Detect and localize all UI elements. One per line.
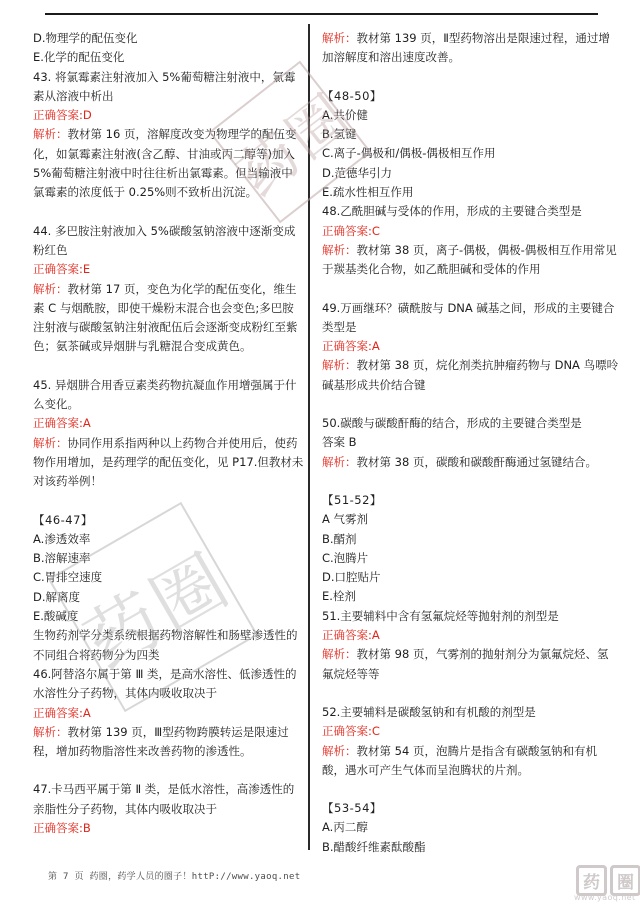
option-item: D.范德华引力	[322, 164, 619, 183]
page-footer: 第 7 页 药圈，药学人员的圈子！httP://www.yaoq.net	[48, 869, 300, 882]
site-logo-url: www.yaoq.net	[574, 893, 636, 902]
analysis-label: 解析：	[33, 436, 68, 450]
column-divider-line	[308, 24, 310, 850]
answer-line: 正确答案:A	[322, 337, 619, 356]
option-item: D.物理学的配伍变化	[33, 29, 304, 48]
answer-line: 正确答案:B	[33, 819, 304, 838]
analysis-label: 解析：	[33, 127, 68, 141]
analysis-text: 解析：教材第 139 页，Ⅱ型药物溶出是限速过程，通过增加溶解度和溶出速度改善。	[322, 29, 619, 68]
question-text: 48.乙酰胆碱与受体的作用，形成的主要键合类型是	[322, 202, 619, 221]
question-text: 44. 多巴胺注射液加入 5%碳酸氢钠溶液中逐渐变成粉红色	[33, 222, 304, 261]
option-item: A 气雾剂	[322, 510, 619, 529]
document-page: D.物理学的配伍变化E.化学的配伍变化43. 将氯霉素注射液加入 5%葡萄糖注射…	[0, 0, 640, 905]
question-text: 52.主要辅料是碳酸氢钠和有机酸的剂型是	[322, 703, 619, 722]
analysis-text: 解析：教材第 38 页，离子-偶极，偶极-偶极相互作用常见于羰基类化合物，如乙酰…	[322, 241, 619, 280]
option-item: B.溶解速率	[33, 549, 304, 568]
question-text: 43. 将氯霉素注射液加入 5%葡萄糖注射液中，氯霉素从溶液中析出	[33, 68, 304, 107]
body-text: 生物药剂学分类系统根据药物溶解性和肠壁渗透性的不同组合将药物分为四类	[33, 626, 304, 665]
option-item: A.丙二醇	[322, 818, 619, 837]
option-item: C.离子-偶极和/偶极-偶极相互作用	[322, 144, 619, 163]
option-item: C.胃排空速度	[33, 568, 304, 587]
question-text: 46.阿替洛尔属于第 Ⅲ 类，是高水溶性、低渗透性的水溶性分子药物，其体内吸收取…	[33, 665, 304, 704]
question-group-header: 【46-47】	[33, 511, 304, 530]
question-text: 47.卡马西平属于第 Ⅱ 类，是低水溶性，高渗透性的亲脂性分子药物，其体内吸收取…	[33, 780, 304, 819]
analysis-label: 解析：	[322, 647, 357, 661]
option-item: E.化学的配伍变化	[33, 48, 304, 67]
analysis-label: 解析：	[322, 31, 357, 45]
left-column: D.物理学的配伍变化E.化学的配伍变化43. 将氯霉素注射液加入 5%葡萄糖注射…	[33, 29, 304, 838]
analysis-text: 解析：教材第 16 页，溶解度改变为物理学的配伍变化，如氯霉素注射液(含乙醇、甘…	[33, 125, 304, 202]
option-item: D.解离度	[33, 588, 304, 607]
answer-line: 正确答案:A	[33, 414, 304, 433]
question-group-header: 【48-50】	[322, 87, 619, 106]
site-logo-icon: 药 圈	[576, 865, 640, 896]
analysis-text: 解析：教材第 98 页，气雾剂的抛射剂分为氯氟烷烃、氢氟烷烃等等	[322, 645, 619, 684]
option-item: E.酸碱度	[33, 607, 304, 626]
question-group-header: 【53-54】	[322, 799, 619, 818]
body-text: 答案 B	[322, 433, 619, 452]
top-rule-line	[45, 13, 598, 15]
question-group-header: 【51-52】	[322, 491, 619, 510]
question-text: 45. 异烟肼合用香豆素类药物抗凝血作用增强属于什么变化。	[33, 376, 304, 415]
option-item: B.醋酸纤维素酞酸酯	[322, 838, 619, 857]
option-item: C.泡腾片	[322, 549, 619, 568]
option-item: E.疏水性相互作用	[322, 183, 619, 202]
analysis-label: 解析：	[322, 744, 357, 758]
analysis-text: 解析：教材第 139 页，Ⅲ型药物跨膜转运是限速过程，增加药物脂溶性来改善药物的…	[33, 723, 304, 762]
analysis-text: 解析：教材第 54 页，泡腾片是指含有碳酸氢钠和有机酸，遇水可产生气体而呈泡腾状…	[322, 742, 619, 781]
analysis-text: 解析：教材第 38 页，烷化剂类抗肿瘤药物与 DNA 鸟嘌呤碱基形成共价结合键	[322, 356, 619, 395]
answer-line: 正确答案:A	[33, 704, 304, 723]
option-item: D.口腔贴片	[322, 568, 619, 587]
analysis-label: 解析：	[322, 358, 357, 372]
analysis-text: 解析：协同作用系指两种以上药物合并使用后，使药物作用增加，是药理学的配伍变化，见…	[33, 434, 304, 492]
answer-line: 正确答案:C	[322, 222, 619, 241]
answer-line: 正确答案:C	[322, 722, 619, 741]
analysis-label: 解析：	[33, 725, 68, 739]
option-item: B.氢键	[322, 125, 619, 144]
analysis-label: 解析：	[33, 282, 68, 296]
analysis-label: 解析：	[322, 243, 357, 257]
answer-line: 正确答案:A	[322, 626, 619, 645]
option-item: A.渗透效率	[33, 530, 304, 549]
option-item: B.醑剂	[322, 530, 619, 549]
right-column: 解析：教材第 139 页，Ⅱ型药物溶出是限速过程，通过增加溶解度和溶出速度改善。…	[322, 29, 619, 857]
analysis-text: 解析：教材第 17 页，变色为化学的配伍变化，维生素 C 与烟酰胺，即使干燥粉末…	[33, 280, 304, 357]
answer-line: 正确答案:D	[33, 106, 304, 125]
analysis-text: 解析：教材第 38 页，碳酸和碳酸酐酶通过氢键结合。	[322, 453, 619, 472]
question-text: 51.主要辅料中含有氢氟烷烃等抛射剂的剂型是	[322, 607, 619, 626]
analysis-label: 解析：	[322, 455, 357, 469]
option-item: E.栓剂	[322, 587, 619, 606]
logo-char-box: 药	[576, 865, 607, 896]
option-item: A.共价健	[322, 106, 619, 125]
question-text: 50.碳酸与碳酸酐酶的结合，形成的主要键合类型是	[322, 414, 619, 433]
answer-line: 正确答案:E	[33, 260, 304, 279]
question-text: 49.万画继环？磺酰胺与 DNA 碱基之间，形成的主要键合类型是	[322, 299, 619, 338]
logo-char-box: 圈	[610, 865, 640, 896]
